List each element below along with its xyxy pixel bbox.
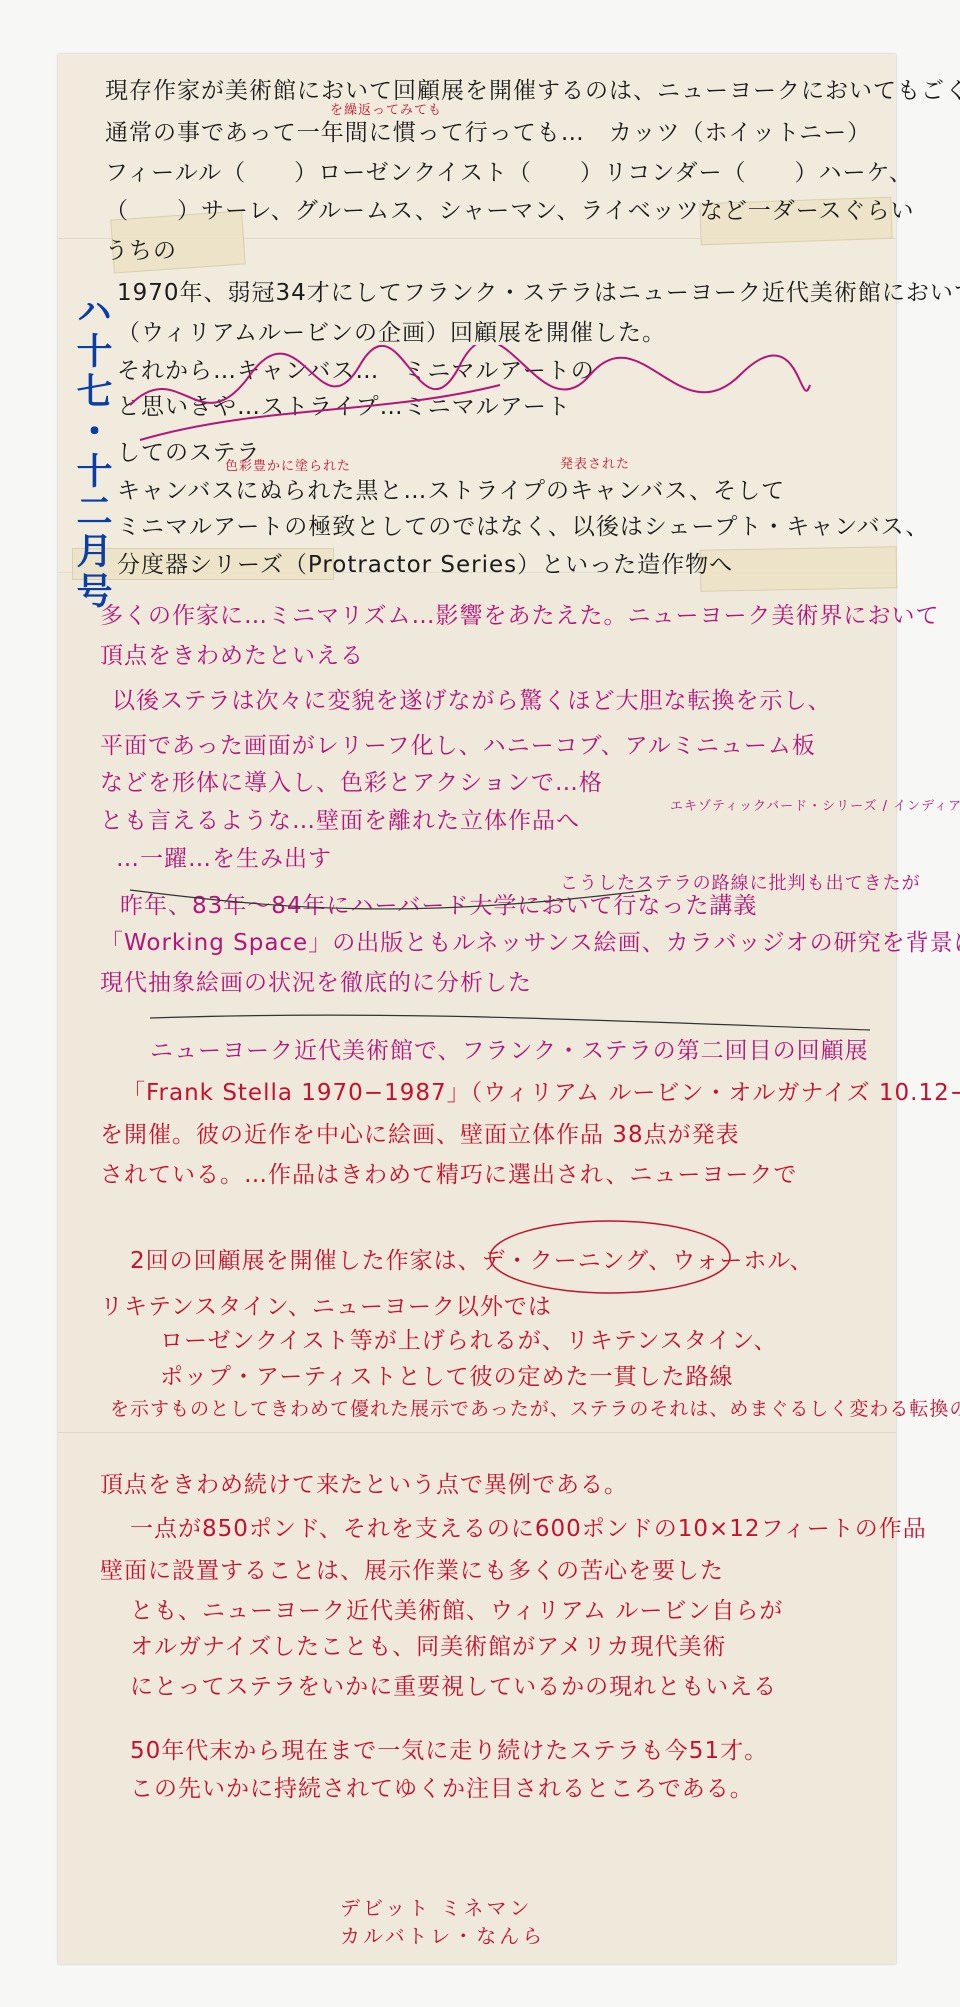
text-line: 平面であった画面がレリーフ化し、ハニーコブ、アルミニューム板: [100, 735, 816, 758]
fold-line: [58, 1432, 896, 1433]
text-line: ローゼンクイスト等が上げられるが、リキテンスタイン、: [160, 1330, 778, 1353]
text-line: されている。…作品はきわめて精巧に選出され、ニューヨークで: [100, 1164, 797, 1187]
text-line: 頂点をきわめ続けて来たという点で異例である。: [100, 1474, 628, 1497]
inserted-note: 発表された: [560, 458, 630, 471]
text-line: にとってステラをいかに重要視しているかの現れともいえる: [130, 1676, 777, 1699]
text-line: とも、ニューヨーク近代美術館、ウィリアム ルービン自らが: [130, 1600, 783, 1623]
text-line: うちの: [105, 240, 177, 263]
text-line: 頂点をきわめたといえる: [100, 645, 364, 668]
text-line: 50年代末から現在まで一気に走り続けたステラも今51才。: [130, 1740, 768, 1763]
text-line: …一躍…を生み出す: [116, 848, 332, 871]
text-line: 現存作家が美術館において回顧展を開催するのは、ニューヨークにおいてもごく: [105, 80, 960, 103]
text-line: 「Working Space」の出版ともルネッサンス絵画、カラバッジオの研究を背…: [100, 932, 960, 955]
text-line: 一点が850ポンド、それを支えるのに600ポンドの10×12フィートの作品: [130, 1518, 927, 1541]
text-line: 現代抽象絵画の状況を徹底的に分析した: [100, 972, 532, 995]
text-line: 「Frank Stella 1970−1987」（ウィリアム ルービン・オルガナ…: [122, 1082, 960, 1105]
text-line: この先いかに持続されてゆくか注目されるところである。: [130, 1778, 754, 1801]
text-line: キャンバスにぬられた黒と…ストライプのキャンバス、そして: [117, 480, 785, 503]
text-line: 壁面に設置することは、展示作業にも多くの苦心を要した: [100, 1560, 724, 1583]
text-line: を開催。彼の近作を中心に絵画、壁面立体作品 38点が発表: [100, 1124, 740, 1147]
signature-line-1: デビット ミネマン: [340, 1892, 533, 1921]
text-line: とも言えるような…壁面を離れた立体作品へ: [100, 810, 580, 833]
text-line: 以後ステラは次々に変貌を遂げながら驚くほど大胆な転換を示し、: [112, 690, 832, 713]
inserted-note: 色彩豊かに塗られた: [225, 460, 351, 473]
inserted-note: を繰返ってみても: [330, 104, 442, 117]
text-line: ミニマルアートの極致としてのではなく、以後はシェープト・キャンバス、: [117, 516, 929, 539]
text-line: ポップ・アーティストとして彼の定めた一貫した路線: [160, 1366, 733, 1389]
text-line: 分度器シリーズ（Protractor Series）といった造作物へ: [117, 554, 733, 577]
margin-note-blue: ハ十七・十二月号: [66, 292, 117, 612]
text-line: （ウィリアムルービンの企画）回顧展を開催した。: [117, 322, 666, 345]
text-line: 昨年、83年〜84年にハーバード大学において行なった講義: [120, 895, 757, 918]
signature-line-2: カルバトレ・なんら: [340, 1920, 545, 1949]
text-line: 多くの作家に…ミニマリズム…影響をあたえた。ニューヨーク美術界において: [100, 605, 940, 628]
text-line: （ ）サーレ、グルームス、シャーマン、ライベッツなど一ダースぐらい: [105, 200, 915, 223]
text-line: オルガナイズしたことも、同美術館がアメリカ現代美術: [130, 1636, 727, 1659]
text-line: エキゾティックバード・シリーズ / インディアン・ハード・シリーズ: [670, 800, 960, 813]
text-line: 2回の回顧展を開催した作家は、デ・クーニング、ウォーホル、: [130, 1250, 814, 1273]
text-line: などを形体に導入し、色彩とアクションで…格: [100, 772, 603, 795]
text-line: 1970年、弱冠34才にしてフランク・ステラはニューヨーク近代美術館において: [117, 282, 960, 305]
text-line: それから…キャンバス… ミニマルアートの: [117, 360, 595, 383]
text-line: フィールル（ ）ローゼンクイスト（ ）リコンダー（ ）ハーケ、: [105, 162, 913, 185]
text-line: 通常の事であって一年間に慣って行っても… カッツ（ホイットニー）: [105, 122, 871, 145]
text-line: リキテンスタイン、ニューヨーク以外では: [100, 1296, 552, 1319]
text-line: と思いきや…ストライプ…ミニマルアート: [117, 396, 571, 419]
text-line: を示すものとしてきわめて優れた展示であったが、ステラのそれは、めまぐるしく変わる…: [110, 1400, 960, 1419]
text-line: こうしたステラの路線に批判も出てきたが: [560, 875, 921, 893]
text-line: ニューヨーク近代美術館で、フランク・ステラの第二回目の回顧展: [150, 1040, 869, 1063]
